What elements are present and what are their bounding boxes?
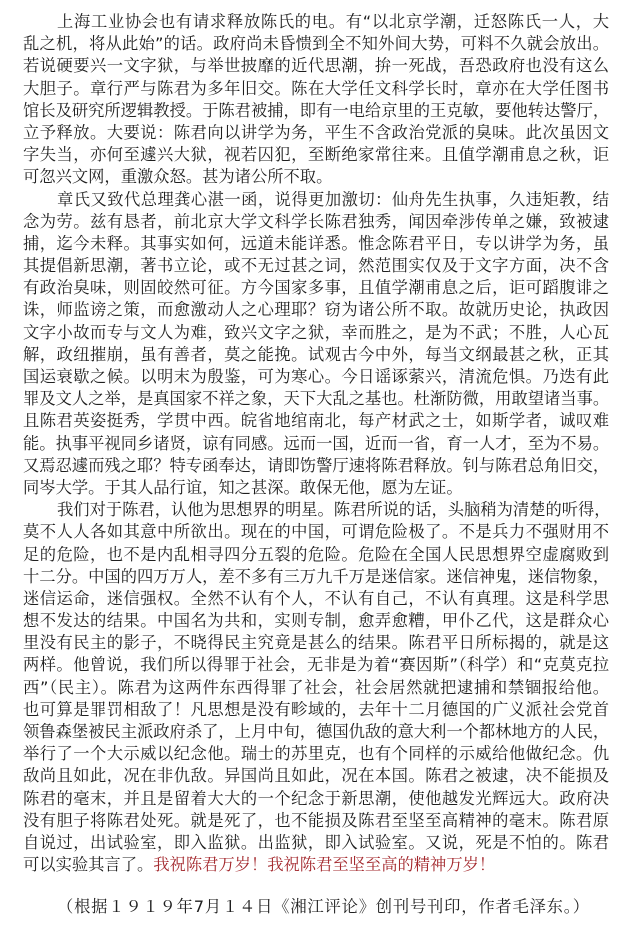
text-line: 没有胆子将陈君处死。就是死了，也不能损及陈君至坚至高精神的毫末。陈君原	[23, 810, 609, 832]
text-line: 里没有民主的影子，不晓得民主究竟是甚么的结果。陈君平日所标揭的，就是这	[23, 632, 609, 654]
text-line: 念为劳。兹有恳者，前北京大学文科学长陈君独秀，闻因牵涉传单之嫌，致被逮	[23, 211, 609, 233]
text-line: 敌尚且如此，况在非仇敌。异国尚且如此，况在本国。陈君之被逮，决不能损及	[23, 765, 609, 787]
text-line: 馆长及研究所逻辑教授。于陈君被捕，即有一电给京里的王克敏，要他转达警厅，	[23, 100, 609, 122]
text-line: 国运衰歇之候。以明末为殷鉴，可为寒心。今日谣诼萦兴，清流危惧。乃迭有此	[23, 366, 609, 388]
source-note: （根据１９１９年7月１４日《湘江评论》创刊号刊印，作者毛泽东。）	[57, 896, 589, 918]
text-line: 迷信运命，迷信强权。全然不认有个人，不认有自己，不认有真理。这是科学思	[23, 588, 609, 610]
text-line: 诛，师监谤之策，而愈激动人之心理耶？窃为诸公所不取。故就历史论，执政因	[23, 299, 609, 321]
text-line: 若说硬要兴一文字狱，与举世披靡的近代思潮，拚一死战，吾恐政府也没有这么	[23, 55, 609, 77]
text-line: 举行了一个大示威以纪念他。瑞士的苏里克，也有个同样的示威给他做纪念。仇	[23, 743, 609, 765]
closing-line: 可以实验其言了。我祝陈君万岁！我祝陈君至坚至高的精神万岁！	[23, 854, 609, 876]
closing-text: 可以实验其言了。	[23, 855, 153, 874]
text-line: 西”（民主）。陈君为这两件东西得罪了社会，社会居然就把逮捕和禁锢报给他。	[23, 677, 609, 699]
text-line: 其提倡新思潮，著书立论，或不无过甚之词，然范围实仅及于文字方面，决不含	[23, 255, 609, 277]
text-line: 有政治臭味，则固皎然可征。方今国家多事，且值学潮甫息之后，讵可蹈腹诽之	[23, 277, 609, 299]
text-line: 陈君的毫末，并且是留着大大的一个纪念于新思潮，使他越发光辉远大。政府决	[23, 788, 609, 810]
text-line: 想不发达的结果。中国名为共和，实则专制，愈弄愈糟，甲仆乙代，这是群众心	[23, 610, 609, 632]
text-line: 字失当，亦何至遽兴大狱，视若囚犯，至断绝家常往来。且值学潮甫息之秋，讵	[23, 144, 609, 166]
text-line: 且陈君英姿挺秀，学贯中西。皖省地绾南北，每产材武之士，如斯学者，诚叹难	[23, 410, 609, 432]
document-body: 上海工业协会也有请求释放陈氏的电。有“以北京学潮，迁怒陈氏一人，大 乱之机，将从…	[23, 11, 609, 876]
text-line: 文字小故而专与文人为难，致兴文字之狱，幸而胜之，是为不武；不胜，人心瓦	[23, 322, 609, 344]
text-line: 自说过，出试验室，即入监狱。出监狱，即入试验室。又说，死是不怕的。陈君	[23, 832, 609, 854]
text-line: 同岑大学。于其人品行谊，知之甚深。敢保无他，愿为左证。	[23, 477, 609, 499]
paragraph-2: 章氏又致代总理龚心湛一函，说得更加激切：仙舟先生执事，久违矩教，结 念为劳。兹有…	[23, 189, 609, 500]
text-line: 立予释放。大要说：陈君向以讲学为务，平生不含政治党派的臭味。此次虽因文	[23, 122, 609, 144]
text-line: 章氏又致代总理龚心湛一函，说得更加激切：仙舟先生执事，久违矩教，结	[23, 189, 609, 211]
text-line: 莫不人人各如其意中所欲出。现在的中国，可谓危险极了。不是兵力不强财用不	[23, 521, 609, 543]
text-line: 罪及文人之举，是真国家不祥之象，天下大乱之基也。杜渐防微，用敢望诸当事。	[23, 388, 609, 410]
highlighted-slogan: 我祝陈君万岁！我祝陈君至坚至高的精神万岁！	[153, 855, 495, 874]
text-line: 也可算是罪罚相敌了！凡思想是没有畛域的，去年十二月德国的广义派社会党首	[23, 699, 609, 721]
text-line: 领鲁森堡被民主派政府杀了，上月中旬，德国仇敌的意大利一个都林地方的人民，	[23, 721, 609, 743]
text-line: 捕，迄今未释。其事实如何，远道未能详悉。惟念陈君平日，专以讲学为务，虽	[23, 233, 609, 255]
text-line: 上海工业协会也有请求释放陈氏的电。有“以北京学潮，迁怒陈氏一人，大	[23, 11, 609, 33]
text-line: 足的危险，也不是内乱相寻四分五裂的危险。危险在全国人民思想界空虚腐败到	[23, 544, 609, 566]
text-line: 十二分。中国的四万万人，差不多有三万九千万是迷信家。迷信神鬼，迷信物象，	[23, 566, 609, 588]
text-line: 可忽兴文网，重激众怒。甚为诸公所不取。	[23, 166, 609, 188]
text-line: 两样。他曾说，我们所以得罪于社会，无非是为着“赛因斯”（科学）和“克莫克拉	[23, 654, 609, 676]
text-line: 乱之机，将从此始”的话。政府尚未昏愦到全不知外间大势，可料不久就会放出。	[23, 33, 609, 55]
text-line: 能。执事平视同乡诸贤，谅有同感。远而一国，近而一省，育一人才，至为不易。	[23, 433, 609, 455]
text-line: 解，政纽摧崩，虽有善者，莫之能挽。试观古今中外，每当文纲最甚之秋，正其	[23, 344, 609, 366]
text-line: 又焉忍遽而残之耶？特专函奉达，请即饬警厅速将陈君释放。钊与陈君总角旧交，	[23, 455, 609, 477]
paragraph-3: 我们对于陈君，认他为思想界的明星。陈君所说的话，头脑稍为清楚的听得， 莫不人人各…	[23, 499, 609, 876]
text-line: 我们对于陈君，认他为思想界的明星。陈君所说的话，头脑稍为清楚的听得，	[23, 499, 609, 521]
text-line: 大胆子。章行严与陈君为多年旧交。陈在大学任文科学长时，章亦在大学任图书	[23, 78, 609, 100]
paragraph-1: 上海工业协会也有请求释放陈氏的电。有“以北京学潮，迁怒陈氏一人，大 乱之机，将从…	[23, 11, 609, 189]
